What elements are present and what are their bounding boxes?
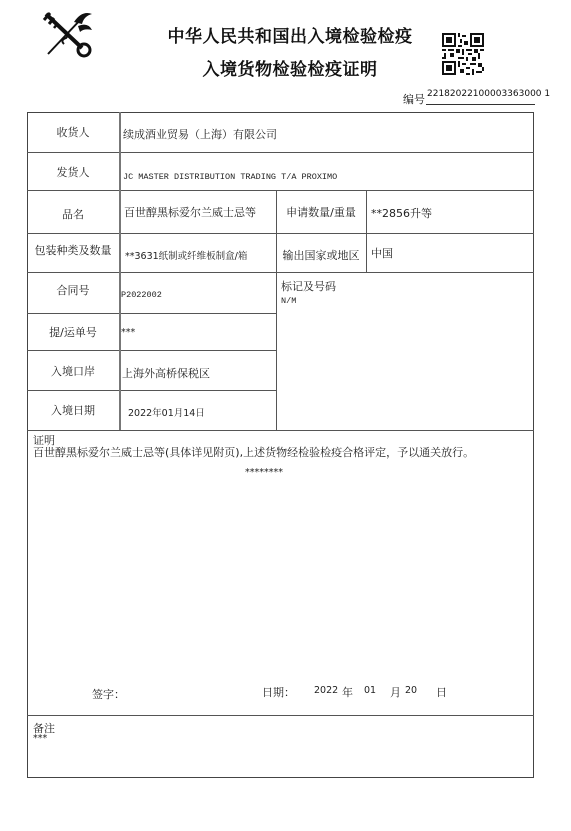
entry-date-label: 入境日期 bbox=[27, 402, 119, 418]
entry-port-value: 上海外高桥保税区 bbox=[122, 365, 210, 381]
marks-label: 标记及号码 bbox=[281, 278, 336, 294]
document-title-line1: 中华人民共和国出入境检验检疫 bbox=[150, 22, 430, 47]
consignee-label: 收货人 bbox=[27, 124, 119, 140]
column-divider bbox=[119, 112, 121, 430]
serial-number-value: 22182022100003363000 1 bbox=[427, 89, 550, 99]
entry-date-value: 2022年01月14日 bbox=[128, 405, 205, 419]
consignee-value: 续成酒业贸易（上海）有限公司 bbox=[123, 126, 277, 142]
month-unit: 月 bbox=[390, 684, 401, 700]
bill-of-lading-label: 提/运单号 bbox=[27, 324, 119, 340]
day-unit: 日 bbox=[436, 684, 447, 700]
certification-text: 百世醇黑标爱尔兰威士忌等(具体详见附页),上述货物经检验检疫合格评定，予以通关放… bbox=[33, 444, 474, 460]
origin-label: 输出国家或地区 bbox=[276, 247, 366, 263]
certification-stars: ******** bbox=[245, 467, 283, 478]
consignor-value: JC MASTER DISTRIBUTION TRADING T/A PROXI… bbox=[123, 172, 337, 182]
customs-emblem-icon bbox=[38, 8, 96, 58]
row-divider bbox=[27, 313, 276, 314]
row-divider bbox=[27, 190, 534, 191]
qr-code-icon bbox=[442, 33, 484, 75]
remarks-value: *** bbox=[33, 733, 47, 744]
row-divider bbox=[27, 233, 534, 234]
row-divider bbox=[27, 715, 534, 716]
row-divider bbox=[27, 350, 276, 351]
consignor-label: 发货人 bbox=[27, 164, 119, 180]
row-divider bbox=[27, 152, 534, 153]
entry-port-label: 入境口岸 bbox=[27, 363, 119, 379]
signature-label: 签字： bbox=[92, 686, 125, 702]
issue-date-label: 日期： bbox=[262, 684, 295, 700]
contract-label: 合同号 bbox=[27, 282, 119, 298]
row-divider bbox=[27, 390, 276, 391]
contract-value: P2022002 bbox=[121, 290, 162, 300]
quantity-label: 申请数量/重量 bbox=[276, 204, 366, 220]
row-divider bbox=[27, 272, 534, 273]
column-divider bbox=[276, 190, 277, 430]
column-divider bbox=[366, 190, 367, 272]
goods-name-label: 品名 bbox=[27, 206, 119, 222]
marks-value: N/M bbox=[281, 296, 296, 306]
issue-date-month: 01 bbox=[364, 685, 376, 696]
serial-underline bbox=[426, 104, 535, 105]
quantity-value: **2856升等 bbox=[371, 205, 432, 221]
issue-date-year: 2022 bbox=[314, 685, 338, 696]
row-divider bbox=[27, 430, 534, 431]
year-unit: 年 bbox=[342, 684, 353, 700]
document-title-line2: 入境货物检验检疫证明 bbox=[150, 55, 430, 80]
origin-value: 中国 bbox=[371, 245, 393, 261]
issue-date-day: 20 bbox=[405, 685, 417, 696]
goods-name-value: 百世醇黑标爱尔兰威士忌等 bbox=[124, 204, 256, 220]
packing-value: **3631纸制或纤维板制盒/箱 bbox=[125, 248, 247, 262]
serial-number-label: 编号 bbox=[403, 91, 425, 107]
packing-label: 包装种类及数量 bbox=[27, 242, 119, 258]
bill-of-lading-value: *** bbox=[121, 327, 135, 338]
